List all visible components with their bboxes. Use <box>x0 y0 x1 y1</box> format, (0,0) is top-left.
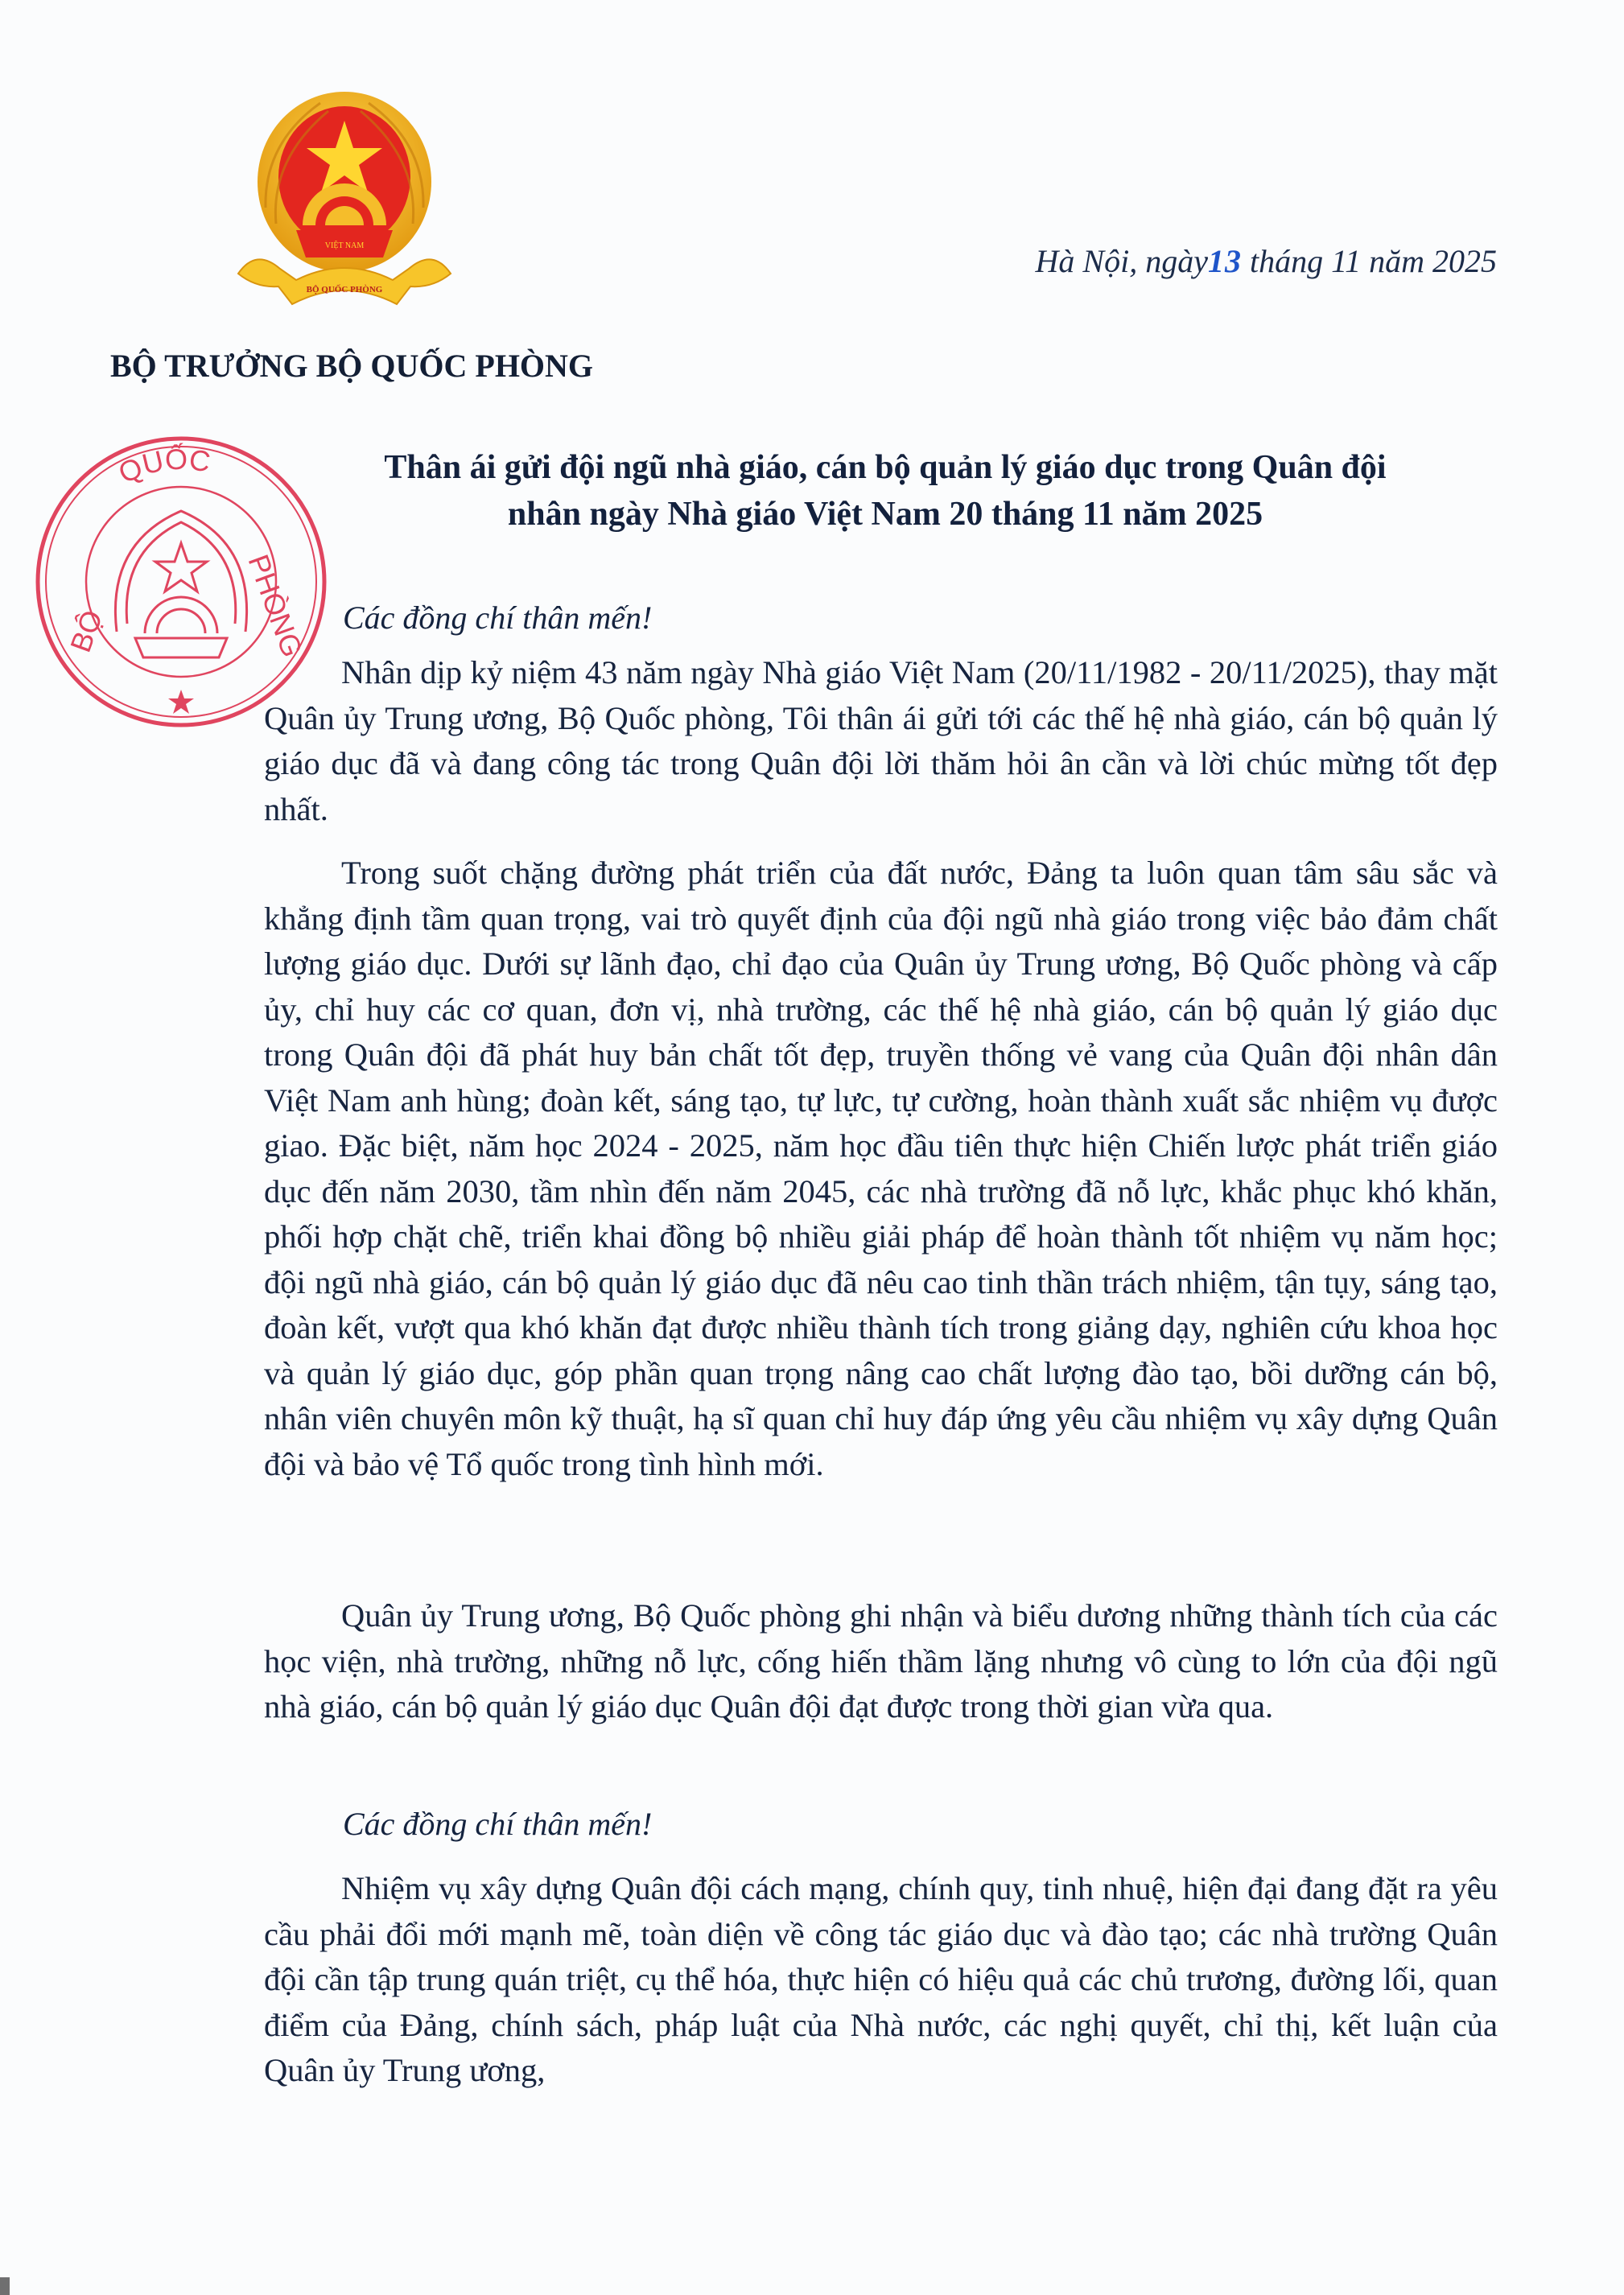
date-prefix: Hà Nội, ngày <box>1036 243 1208 279</box>
title-line-2: nhân ngày Nhà giáo Việt Nam 20 tháng 11 … <box>274 491 1497 538</box>
paragraph-1: Nhân dịp kỷ niệm 43 năm ngày Nhà giáo Vi… <box>264 650 1498 832</box>
letter-title: Thân ái gửi đội ngũ nhà giáo, cán bộ quả… <box>274 444 1497 538</box>
date-suffix: tháng 11 năm 2025 <box>1250 243 1497 279</box>
svg-text:BỘ QUỐC PHÒNG: BỘ QUỐC PHÒNG <box>307 284 383 295</box>
national-emblem-icon: VIỆT NAM BỘ QUỐC PHÒNG <box>232 87 457 316</box>
scan-edge-mark <box>0 2277 10 2295</box>
paragraph-2: Trong suốt chặng đường phát triển của đấ… <box>264 851 1498 1487</box>
greeting: Các đồng chí thân mến! <box>343 598 652 638</box>
sender-title: BỘ TRƯỞNG BỘ QUỐC PHÒNG <box>110 346 593 386</box>
date-line: Hà Nội, ngày13 tháng 11 năm 2025 <box>950 241 1497 282</box>
greeting-2: Các đồng chí thân mến! <box>343 1804 652 1844</box>
svg-text:VIỆT NAM: VIỆT NAM <box>325 241 365 250</box>
paragraph-4: Nhiệm vụ xây dựng Quân đội cách mạng, ch… <box>264 1866 1498 2094</box>
paragraph-3: Quân ủy Trung ương, Bộ Quốc phòng ghi nh… <box>264 1593 1498 1730</box>
svg-text:BỘ: BỘ <box>64 606 109 657</box>
title-line-1: Thân ái gửi đội ngũ nhà giáo, cán bộ quả… <box>274 444 1497 491</box>
svg-text:QUỐC: QUỐC <box>112 435 217 491</box>
date-day-handwritten: 13 <box>1208 243 1242 279</box>
